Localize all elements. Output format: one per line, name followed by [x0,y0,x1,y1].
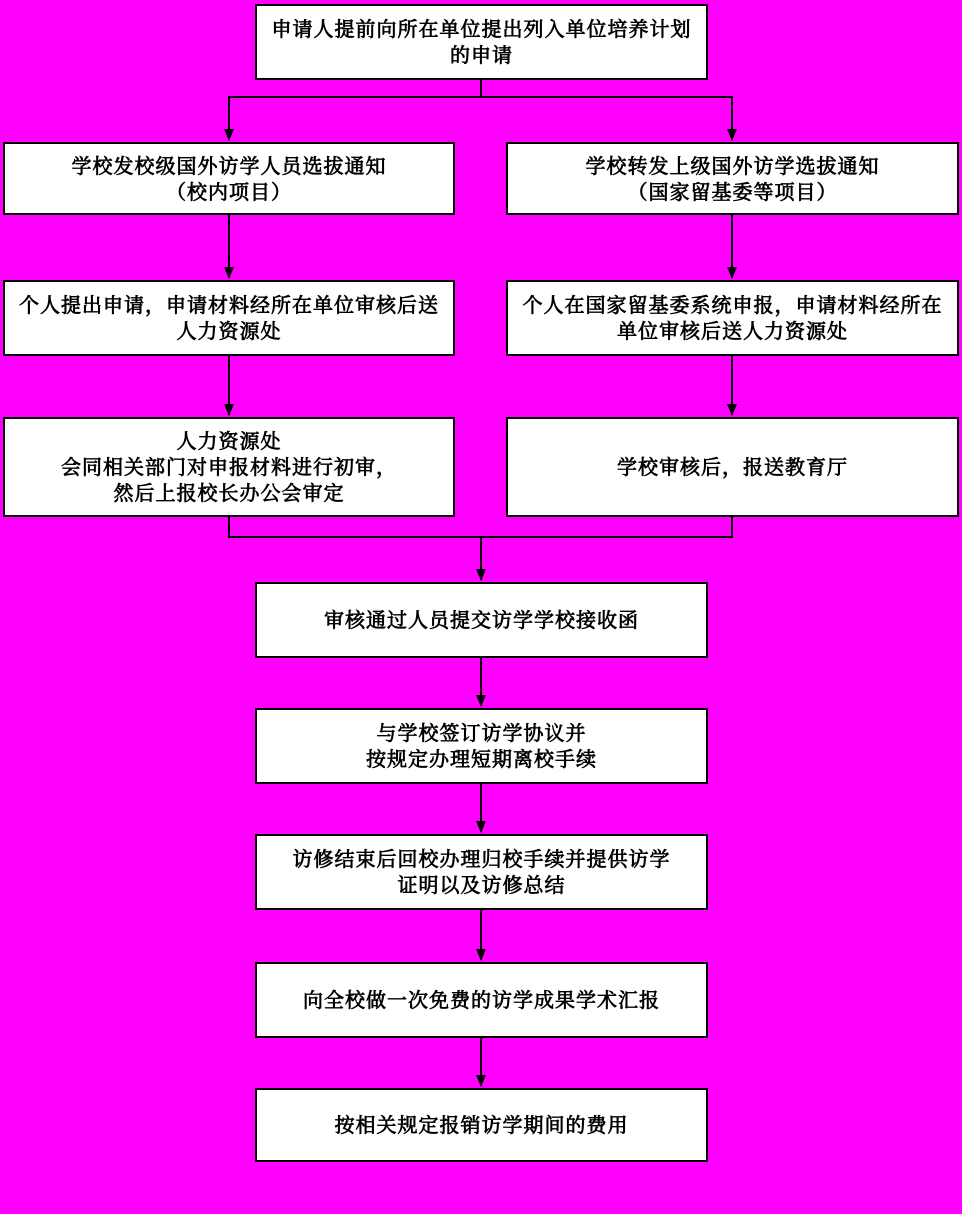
node-report-education-department: 学校审核后，报送教育厅 [506,417,959,517]
node-academic-report: 向全校做一次免费的访学成果学术汇报 [255,962,708,1038]
flowchart-canvas: 申请人提前向所在单位提出列入单位培养计划 的申请 学校发校级国外访学人员选拔通知… [0,0,962,1214]
node-start: 申请人提前向所在单位提出列入单位培养计划 的申请 [255,4,708,80]
node-school-internal-notice: 学校发校级国外访学人员选拔通知 （校内项目） [3,142,455,215]
node-school-forward-notice: 学校转发上级国外访学选拔通知 （国家留基委等项目） [506,142,959,215]
node-expense-reimbursement: 按相关规定报销访学期间的费用 [255,1088,708,1162]
node-return-procedures: 访修结束后回校办理归校手续并提供访学 证明以及访修总结 [255,834,708,910]
node-agreement-and-leave: 与学校签订访学协议并 按规定办理短期离校手续 [255,708,708,784]
node-acceptance-letter: 审核通过人员提交访学学校接收函 [255,582,708,658]
node-hr-preliminary-review: 人力资源处 会同相关部门对申报材料进行初审， 然后上报校长办公会审定 [3,417,455,517]
node-personal-application: 个人提出申请，申请材料经所在单位审核后送 人力资源处 [3,280,455,356]
node-csc-system-application: 个人在国家留基委系统申报，申请材料经所在 单位审核后送人力资源处 [506,280,959,356]
